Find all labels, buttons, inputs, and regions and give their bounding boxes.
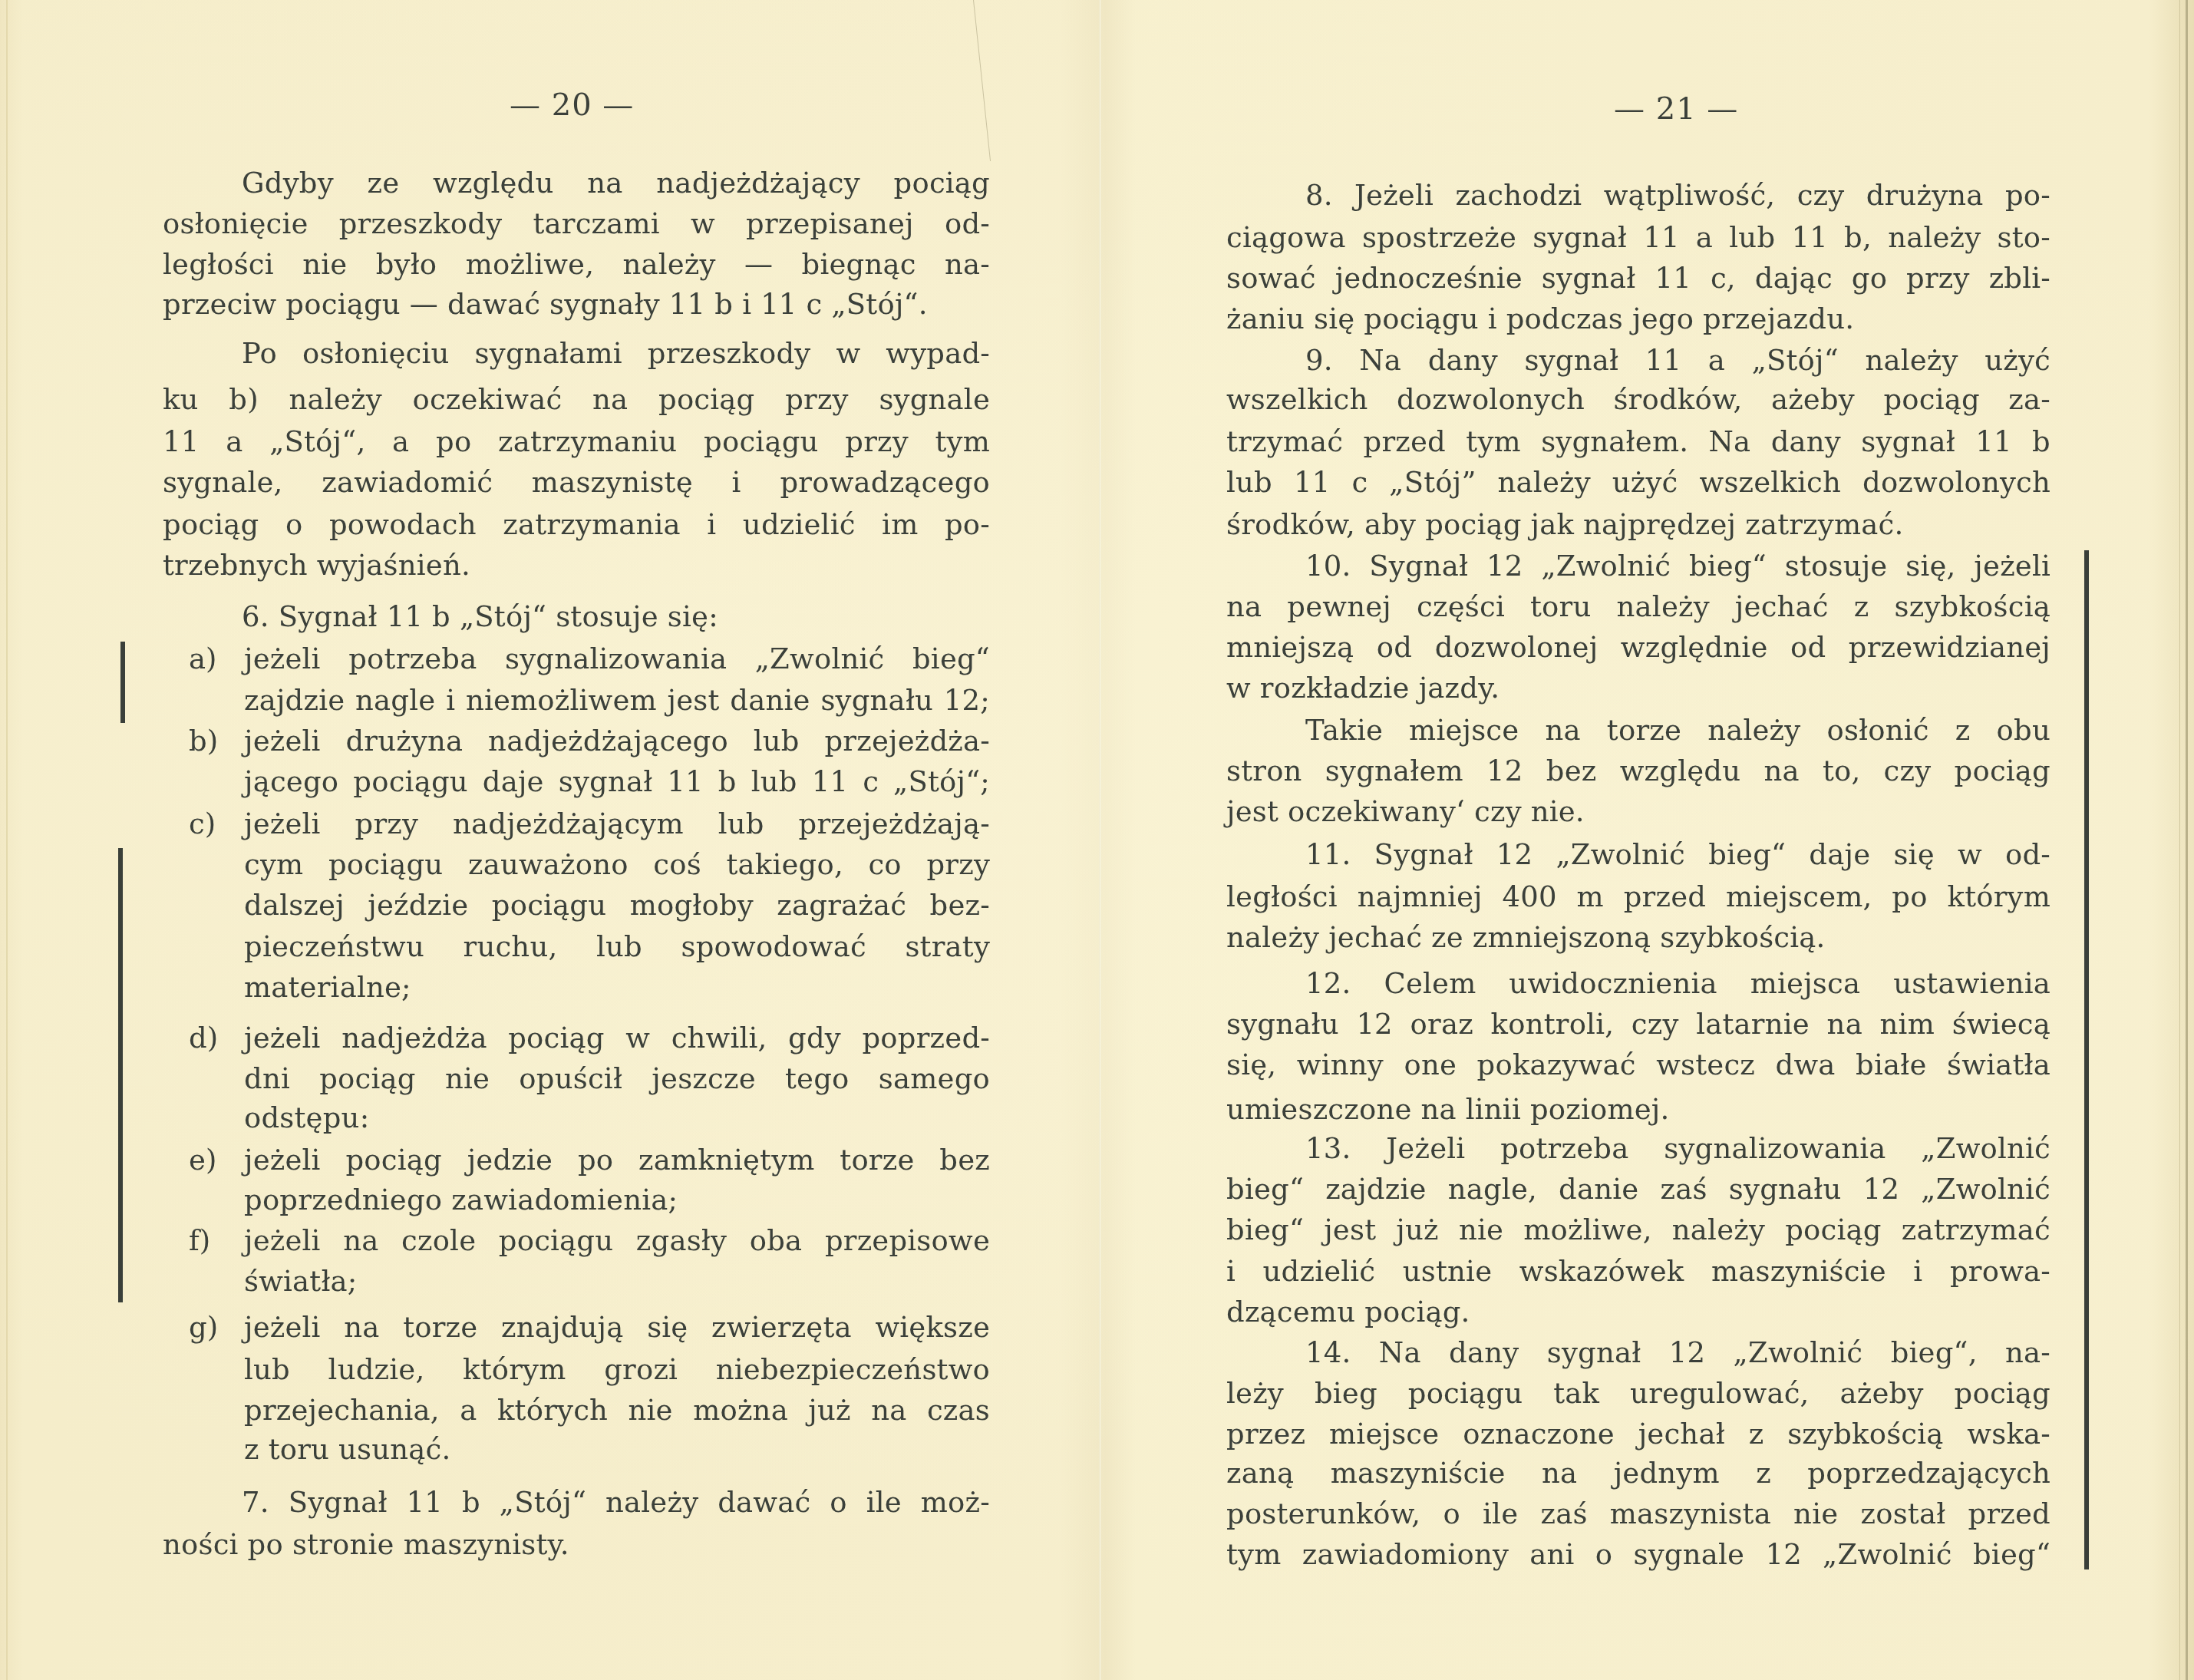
list-marker: g) bbox=[189, 1311, 218, 1345]
text-line: trzymać przed tym sygnałem. Na dany sygn… bbox=[1226, 425, 2050, 459]
text-line: przez miejsce oznaczone jechał z szybkoś… bbox=[1226, 1418, 2050, 1451]
page-number: — 20 — bbox=[510, 87, 634, 124]
list-marker: a) bbox=[189, 642, 217, 676]
text-line: cym pociągu zauważono coś takiego, co pr… bbox=[244, 848, 990, 882]
text-line: jeżeli na czole pociągu zgasły oba przep… bbox=[244, 1224, 990, 1258]
text-line: 7. Sygnał 11 b „Stój“ należy dawać o ile… bbox=[242, 1486, 990, 1520]
text-line: jeżeli potrzeba sygnalizowania „Zwolnić … bbox=[244, 642, 990, 676]
text-line: lub 11 c „Stój” należy użyć wszelkich do… bbox=[1226, 466, 2050, 500]
page-number: — 21 — bbox=[1614, 91, 1738, 127]
text-line: 9. Na dany sygnał 11 a „Stój“ należy uży… bbox=[1305, 344, 2050, 378]
text-line: 8. Jeżeli zachodzi wątpliwość, czy druży… bbox=[1305, 179, 2050, 213]
text-line: ności po stronie maszynisty. bbox=[163, 1528, 569, 1562]
text-line: lub ludzie, którym grozi niebezpieczeńst… bbox=[244, 1353, 990, 1387]
text-line: 12. Celem uwidocznienia miejsca ustawien… bbox=[1305, 967, 2050, 1001]
margin-change-bar bbox=[2084, 550, 2089, 1569]
text-line: jeżeli drużyna nadjeżdżającego lub przej… bbox=[244, 724, 990, 758]
text-line: jeżeli przy nadjeżdżającym lub przejeżdż… bbox=[244, 807, 990, 841]
text-line: Po osłonięciu sygnałami przeszkody w wyp… bbox=[242, 337, 990, 371]
text-line: posterunków, o ile zaś maszynista nie zo… bbox=[1226, 1497, 2050, 1531]
text-line: na pewnej części toru należy jechać z sz… bbox=[1226, 590, 2050, 624]
text-line: sygnale, zawiadomić maszynistę i prowadz… bbox=[163, 466, 990, 500]
text-line: jeżeli na torze znajdują się zwierzęta w… bbox=[244, 1311, 990, 1345]
text-line: środków, aby pociąg jak najprędzej zatrz… bbox=[1226, 508, 1903, 542]
list-marker: e) bbox=[189, 1144, 216, 1177]
book-spread: — 20 — Gdyby ze względu na nadjeżdżający… bbox=[0, 0, 2194, 1680]
text-line: żaniu się pociągu i podczas jego przejaz… bbox=[1226, 302, 1854, 336]
list-marker: c) bbox=[189, 807, 216, 841]
text-line: ku b) należy oczekiwać na pociąg przy sy… bbox=[163, 383, 990, 417]
list-marker: d) bbox=[189, 1022, 218, 1055]
text-line: 10. Sygnał 12 „Zwolnić bieg“ stosuje się… bbox=[1305, 550, 2050, 583]
text-line: 11 a „Stój“, a po zatrzymaniu pociągu pr… bbox=[163, 425, 990, 459]
text-line: umieszczone na linii poziomej. bbox=[1226, 1093, 1669, 1127]
list-marker: b) bbox=[189, 724, 218, 758]
text-line: materialne; bbox=[244, 971, 411, 1005]
text-line: odstępu: bbox=[244, 1101, 369, 1135]
text-line: bieg“ zajdzie nagle, danie zaś sygnału 1… bbox=[1226, 1173, 2050, 1206]
text-line: jeżeli nadjeżdża pociąg w chwili, gdy po… bbox=[244, 1022, 990, 1055]
text-line: się, winny one pokazywać wstecz dwa biał… bbox=[1226, 1048, 2050, 1082]
text-line: dalszej jeździe pociągu mogłoby zagrażać… bbox=[244, 889, 990, 923]
text-line: z toru usunąć. bbox=[244, 1433, 451, 1467]
text-line: zaną maszyniście na jednym z poprzedzają… bbox=[1226, 1457, 2050, 1490]
margin-change-bar bbox=[118, 848, 123, 1302]
text-line: jeżeli pociąg jedzie po zamkniętym torze… bbox=[244, 1144, 990, 1177]
text-line: jest oczekiwany‘ czy nie. bbox=[1226, 795, 1585, 829]
text-line: 11. Sygnał 12 „Zwolnić bieg“ daje się w … bbox=[1305, 838, 2050, 872]
text-line: 13. Jeżeli potrzeba sygnalizowania „Zwol… bbox=[1305, 1132, 2050, 1166]
text-line: pociąg o powodach zatrzymania i udzielić… bbox=[163, 508, 990, 542]
text-line: przeciw pociągu — dawać sygnały 11 b i 1… bbox=[163, 288, 928, 322]
text-line: ległości najmniej 400 m przed miejscem, … bbox=[1226, 880, 2050, 914]
binding-gutter bbox=[1099, 0, 1101, 1680]
margin-change-bar bbox=[120, 642, 125, 723]
text-line: bieg“ jest już nie możliwe, należy pocią… bbox=[1226, 1213, 2050, 1247]
text-line: i udzielić ustnie wskazówek maszyniście … bbox=[1226, 1255, 2050, 1289]
text-line: poprzedniego zawiadomienia; bbox=[244, 1183, 678, 1217]
text-line: należy jechać ze zmniejszoną szybkością. bbox=[1226, 921, 1826, 955]
text-line: światła; bbox=[244, 1265, 358, 1299]
text-line: ległości nie było możliwe, należy — bieg… bbox=[163, 248, 990, 282]
text-line: dni pociąg nie opuścił jeszcze tego same… bbox=[244, 1062, 990, 1096]
text-line: ciągowa spostrzeże sygnał 11 a lub 11 b,… bbox=[1226, 221, 2050, 255]
text-line: przejechania, a których nie można już na… bbox=[244, 1394, 990, 1428]
text-line: wszelkich dozwolonych środków, ażeby poc… bbox=[1226, 383, 2050, 417]
right-page: — 21 — 8. Jeżeli zachodzi wątpliwość, cz… bbox=[1102, 0, 2194, 1680]
text-line: trzebnych wyjaśnień. bbox=[163, 549, 470, 583]
text-line: mniejszą od dozwolonej względnie od prze… bbox=[1226, 631, 2050, 665]
left-page: — 20 — Gdyby ze względu na nadjeżdżający… bbox=[0, 0, 1097, 1680]
text-line: stron sygnałem 12 bez względu na to, czy… bbox=[1226, 754, 2050, 788]
text-line: 6. Sygnał 11 b „Stój“ stosuje się: bbox=[242, 600, 718, 634]
text-line: pieczeństwu ruchu, lub spowodować straty bbox=[244, 930, 990, 964]
text-line: sować jednocześnie sygnał 11 c, dając go… bbox=[1226, 262, 2050, 295]
text-line: tym zawiadomiony ani o sygnale 12 „Zwoln… bbox=[1226, 1538, 2050, 1572]
text-line: Takie miejsce na torze należy osłonić z … bbox=[1305, 714, 2050, 748]
text-line: sygnału 12 oraz kontroli, czy latarnie n… bbox=[1226, 1008, 2050, 1041]
text-line: w rozkładzie jazdy. bbox=[1226, 672, 1500, 705]
text-line: leży bieg pociągu tak uregulować, ażeby … bbox=[1226, 1377, 2050, 1411]
text-line: osłonięcie przeszkody tarczami w przepis… bbox=[163, 207, 990, 241]
text-line: Gdyby ze względu na nadjeżdżający pociąg bbox=[242, 167, 990, 200]
text-line: zajdzie nagle i niemożliwem jest danie s… bbox=[244, 684, 990, 718]
text-line: 14. Na dany sygnał 12 „Zwolnić bieg“, na… bbox=[1305, 1336, 2050, 1370]
text-line: dzącemu pociąg. bbox=[1226, 1295, 1470, 1329]
list-marker: f) bbox=[189, 1224, 210, 1258]
text-line: jącego pociągu daje sygnał 11 b lub 11 c… bbox=[244, 765, 990, 799]
